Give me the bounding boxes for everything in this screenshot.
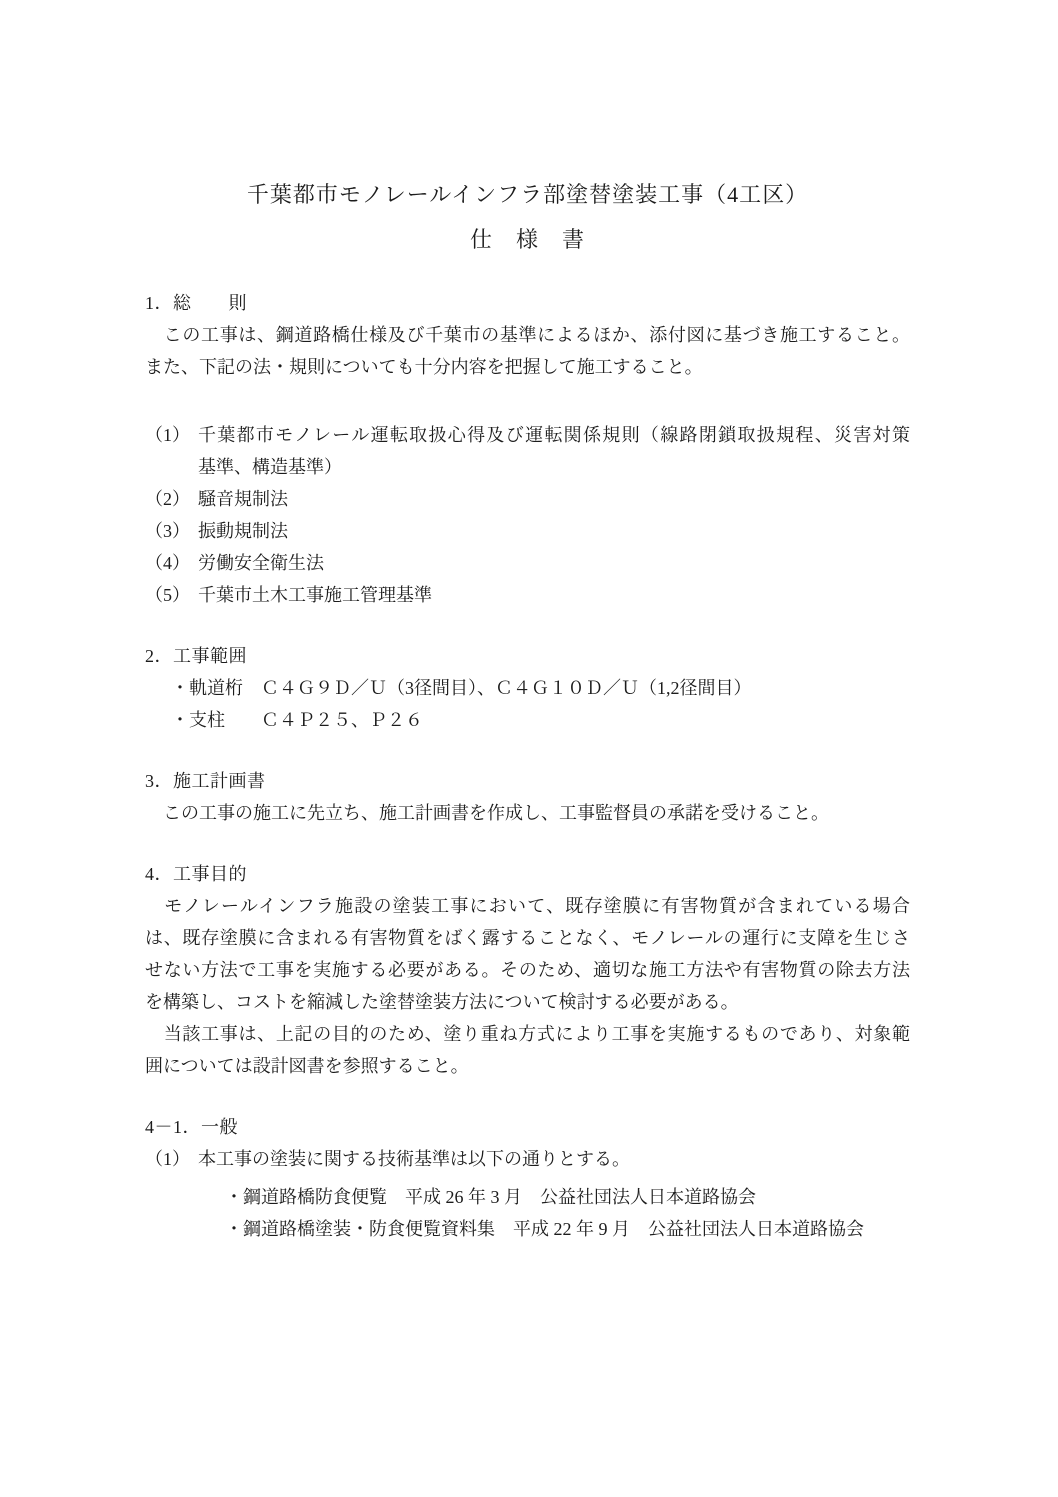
list-item-1-line: 千葉都市モノレール運転取扱心得及び運転関係規則（線路閉鎖取扱規程、災害対策 — [198, 419, 910, 451]
regulation-list: （1） 千葉都市モノレール運転取扱心得及び運転関係規則（線路閉鎖取扱規程、災害対… — [145, 419, 910, 611]
list-item-4-text: 労働安全衛生法 — [198, 547, 910, 579]
list-item-1-text: 千葉都市モノレール運転取扱心得及び運転関係規則（線路閉鎖取扱規程、災害対策 基準… — [198, 419, 910, 483]
standard-bullet-1: ・鋼道路橋防食便覧 平成 26 年 3 月 公益社団法人日本道路協会 — [145, 1181, 910, 1213]
section-2-heading: 2．工事範囲 — [145, 640, 910, 672]
section-4-1-list: （1） 本工事の塗装に関する技術基準は以下の通りとする。 — [145, 1143, 910, 1175]
list-item-1-label: （1） — [145, 419, 198, 483]
section-4-paragraph-line: は、既存塗膜に含まれる有害物質をばく露することなく、モノレールの運行に支障を生じ… — [145, 922, 910, 954]
section-4-1-item-1-line: 本工事の塗装に関する技術基準は以下の通りとする。 — [198, 1143, 910, 1175]
list-item-5-text: 千葉市土木工事施工管理基準 — [198, 579, 910, 611]
list-item-4: （4） 労働安全衛生法 — [145, 547, 910, 579]
section-3-heading: 3．施工計画書 — [145, 765, 910, 797]
list-item-1-line: 基準、構造基準） — [198, 451, 910, 483]
section-4-1-item-1-label: （1） — [145, 1143, 198, 1175]
list-item-3-text: 振動規制法 — [198, 515, 910, 547]
document-subtitle: 仕 様 書 — [145, 217, 910, 262]
technical-standards-bullets: ・鋼道路橋防食便覧 平成 26 年 3 月 公益社団法人日本道路協会 ・鋼道路橋… — [145, 1181, 910, 1245]
list-item-1: （1） 千葉都市モノレール運転取扱心得及び運転関係規則（線路閉鎖取扱規程、災害対… — [145, 419, 910, 483]
section-4-paragraph-line: 囲については設計図書を参照すること。 — [145, 1050, 910, 1082]
list-item-5: （5） 千葉市土木工事施工管理基準 — [145, 579, 910, 611]
list-item-4-line: 労働安全衛生法 — [198, 547, 910, 579]
list-item-4-label: （4） — [145, 547, 198, 579]
document-body: 千葉都市モノレールインフラ部塗替塗装工事（4工区） 仕 様 書 1．総 則 この… — [145, 0, 910, 1245]
list-item-3-line: 振動規制法 — [198, 515, 910, 547]
section-3-construction-plan: 3．施工計画書 この工事の施工に先立ち、施工計画書を作成し、工事監督員の承諾を受… — [145, 765, 910, 829]
section-4-paragraph-line: 当該工事は、上記の目的のため、塗り重ね方式により工事を実施するものであり、対象範 — [145, 1018, 910, 1050]
scope-bullet-track-girder: ・軌道桁 Ｃ４Ｇ９Ｄ／Ｕ（3径間目）、Ｃ４Ｇ１０Ｄ／Ｕ（1,2径間目） — [145, 672, 910, 704]
scope-bullet-支柱: ・支柱 Ｃ４Ｐ２５、Ｐ２６ — [145, 704, 910, 736]
list-item-2: （2） 騒音規制法 — [145, 483, 910, 515]
section-4-heading: 4．工事目的 — [145, 858, 910, 890]
section-2-work-scope: 2．工事範囲 ・軌道桁 Ｃ４Ｇ９Ｄ／Ｕ（3径間目）、Ｃ４Ｇ１０Ｄ／Ｕ（1,2径間… — [145, 640, 910, 736]
list-item-3: （3） 振動規制法 — [145, 515, 910, 547]
list-item-5-label: （5） — [145, 579, 198, 611]
standard-bullet-2: ・鋼道路橋塗装・防食便覧資料集 平成 22 年 9 月 公益社団法人日本道路協会 — [145, 1213, 910, 1245]
section-4-1-general: 4－1．一般 （1） 本工事の塗装に関する技術基準は以下の通りとする。 ・鋼道路… — [145, 1111, 910, 1245]
section-4-1-item-1-text: 本工事の塗装に関する技術基準は以下の通りとする。 — [198, 1143, 910, 1175]
list-item-3-label: （3） — [145, 515, 198, 547]
document-subtitle-text: 仕 様 書 — [470, 227, 585, 252]
document-title-text: 千葉都市モノレールインフラ部塗替塗装工事（4工区） — [247, 182, 808, 207]
document-page: 千葉都市モノレールインフラ部塗替塗装工事（4工区） 仕 様 書 1．総 則 この… — [0, 0, 1058, 1497]
section-4-1-item-1: （1） 本工事の塗装に関する技術基準は以下の通りとする。 — [145, 1143, 910, 1175]
section-4-paragraph-line: モノレールインフラ施設の塗装工事において、既存塗膜に有害物質が含まれている場合 — [145, 890, 910, 922]
section-1-paragraph-line: この工事は、鋼道路橋仕様及び千葉市の基準によるほか、添付図に基づき施工すること。 — [145, 319, 910, 351]
section-3-paragraph-line: この工事の施工に先立ち、施工計画書を作成し、工事監督員の承諾を受けること。 — [145, 797, 910, 829]
section-1-general-rules: 1．総 則 この工事は、鋼道路橋仕様及び千葉市の基準によるほか、添付図に基づき施… — [145, 287, 910, 611]
section-4-1-heading: 4－1．一般 — [145, 1111, 910, 1143]
section-4-paragraph-line: を構築し、コストを縮減した塗替塗装方法について検討する必要がある。 — [145, 986, 910, 1018]
list-item-2-line: 騒音規制法 — [198, 483, 910, 515]
list-item-5-line: 千葉市土木工事施工管理基準 — [198, 579, 910, 611]
section-1-paragraph-line: また、下記の法・規則についても十分内容を把握して施工すること。 — [145, 351, 910, 383]
document-title: 千葉都市モノレールインフラ部塗替塗装工事（4工区） — [145, 172, 910, 217]
list-item-2-label: （2） — [145, 483, 198, 515]
section-4-paragraph-line: せない方法で工事を実施する必要がある。そのため、適切な施工方法や有害物質の除去方… — [145, 954, 910, 986]
list-item-2-text: 騒音規制法 — [198, 483, 910, 515]
section-1-heading: 1．総 則 — [145, 287, 910, 319]
scope-bullet-list: ・軌道桁 Ｃ４Ｇ９Ｄ／Ｕ（3径間目）、Ｃ４Ｇ１０Ｄ／Ｕ（1,2径間目） ・支柱 … — [145, 672, 910, 736]
section-4-work-purpose: 4．工事目的 モノレールインフラ施設の塗装工事において、既存塗膜に有害物質が含ま… — [145, 858, 910, 1082]
